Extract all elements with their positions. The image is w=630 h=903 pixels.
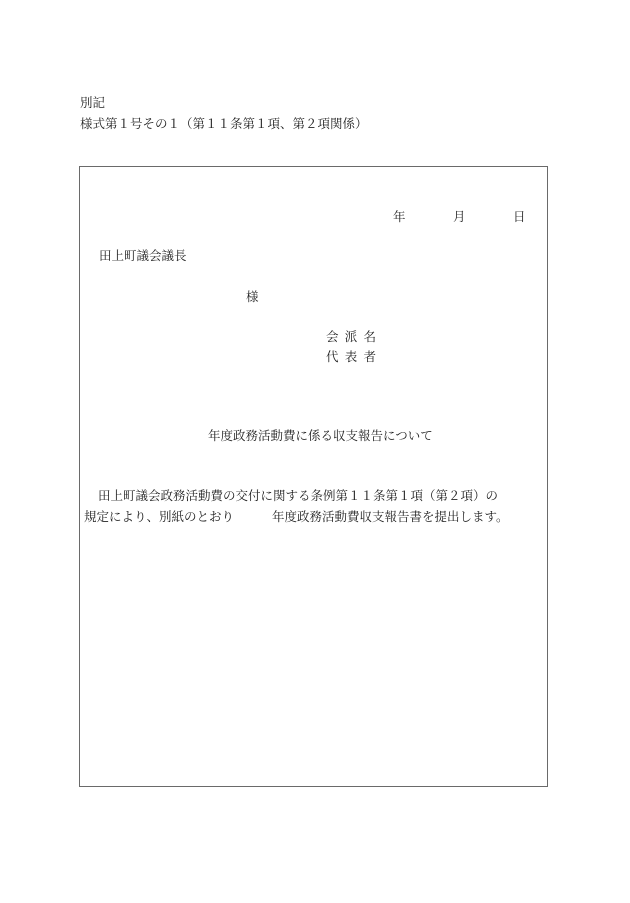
date-month-label: 月 [453, 211, 466, 224]
recipient: 田上町議会議長 [99, 250, 187, 263]
appendix-label: 別記 [80, 97, 105, 110]
date-year-label: 年 [393, 211, 406, 224]
date-day-label: 日 [513, 211, 526, 224]
body-line-2b: 年度政務活動費収支報告書を提出します。 [272, 511, 509, 524]
body-line-2a: 規定により、別紙のとおり [84, 511, 234, 524]
representative-label: 代表者 [326, 351, 382, 364]
honorific: 様 [246, 291, 259, 304]
body-line-1: 田上町議会政務活動費の交付に関する条例第１１条第１項（第２項）の [98, 490, 498, 503]
faction-name-label: 会派名 [326, 331, 382, 344]
form-title: 様式第１号その１（第１１条第１項、第２項関係） [80, 118, 368, 131]
subject-line: 年度政務活動費に係る収支報告について [208, 430, 433, 443]
